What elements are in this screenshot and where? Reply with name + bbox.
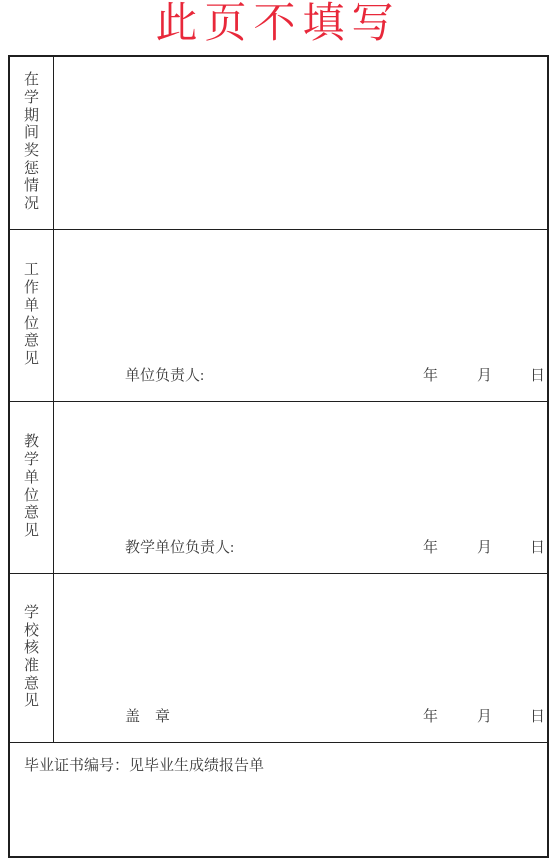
month-label: 月	[477, 364, 492, 385]
day-label: 日	[530, 364, 545, 385]
teaching-unit-sign-row: 教学单位负责人: 年 月 日	[54, 536, 547, 553]
work-unit-content-cell: 单位负责人: 年 月 日	[54, 230, 547, 401]
form-page: 此页不填写 在学期间奖惩情况 工作单位意见 单位负责人: 年 月 日	[0, 0, 556, 868]
school-approval-sign-row: 盖 章 年 月 日	[54, 705, 547, 722]
row-label-school-approval-opinion: 学校核准意见	[24, 605, 39, 711]
school-approval-content-cell: 盖 章 年 月 日	[54, 574, 547, 742]
work-unit-sign-row: 单位负责人: 年 月 日	[54, 364, 547, 381]
table-row: 在学期间奖惩情况	[10, 57, 547, 230]
year-label: 年	[423, 364, 438, 385]
month-label: 月	[477, 705, 492, 726]
year-label: 年	[423, 705, 438, 726]
table-row: 学校核准意见 盖 章 年 月 日	[10, 574, 547, 743]
work-unit-signer-label: 单位负责人:	[125, 364, 204, 385]
row-label-cell-work-unit: 工作单位意见	[10, 230, 54, 401]
row-label-cell-school-approval: 学校核准意见	[10, 574, 54, 742]
month-label: 月	[477, 536, 492, 557]
form-table: 在学期间奖惩情况 工作单位意见 单位负责人: 年 月 日 教学单位意见	[8, 55, 549, 858]
diploma-number-note: 毕业证书编号：见毕业生成绩报告单	[10, 743, 274, 856]
table-row: 工作单位意见 单位负责人: 年 月 日	[10, 230, 547, 402]
day-label: 日	[530, 705, 545, 726]
row-label-awards-punishments: 在学期间奖惩情况	[24, 72, 39, 214]
teaching-unit-content-cell: 教学单位负责人: 年 月 日	[54, 402, 547, 573]
teaching-unit-signer-label: 教学单位负责人:	[125, 536, 234, 557]
seal-label: 盖 章	[125, 705, 170, 726]
awards-content-cell	[54, 57, 547, 229]
table-row: 毕业证书编号：见毕业生成绩报告单	[10, 743, 547, 856]
table-row: 教学单位意见 教学单位负责人: 年 月 日	[10, 402, 547, 574]
row-label-cell-teaching-unit: 教学单位意见	[10, 402, 54, 573]
year-label: 年	[423, 536, 438, 557]
row-label-cell-awards: 在学期间奖惩情况	[10, 57, 54, 229]
day-label: 日	[530, 536, 545, 557]
row-label-work-unit-opinion: 工作单位意见	[24, 262, 39, 368]
page-title: 此页不填写	[0, 1, 556, 47]
row-label-teaching-unit-opinion: 教学单位意见	[24, 434, 39, 540]
